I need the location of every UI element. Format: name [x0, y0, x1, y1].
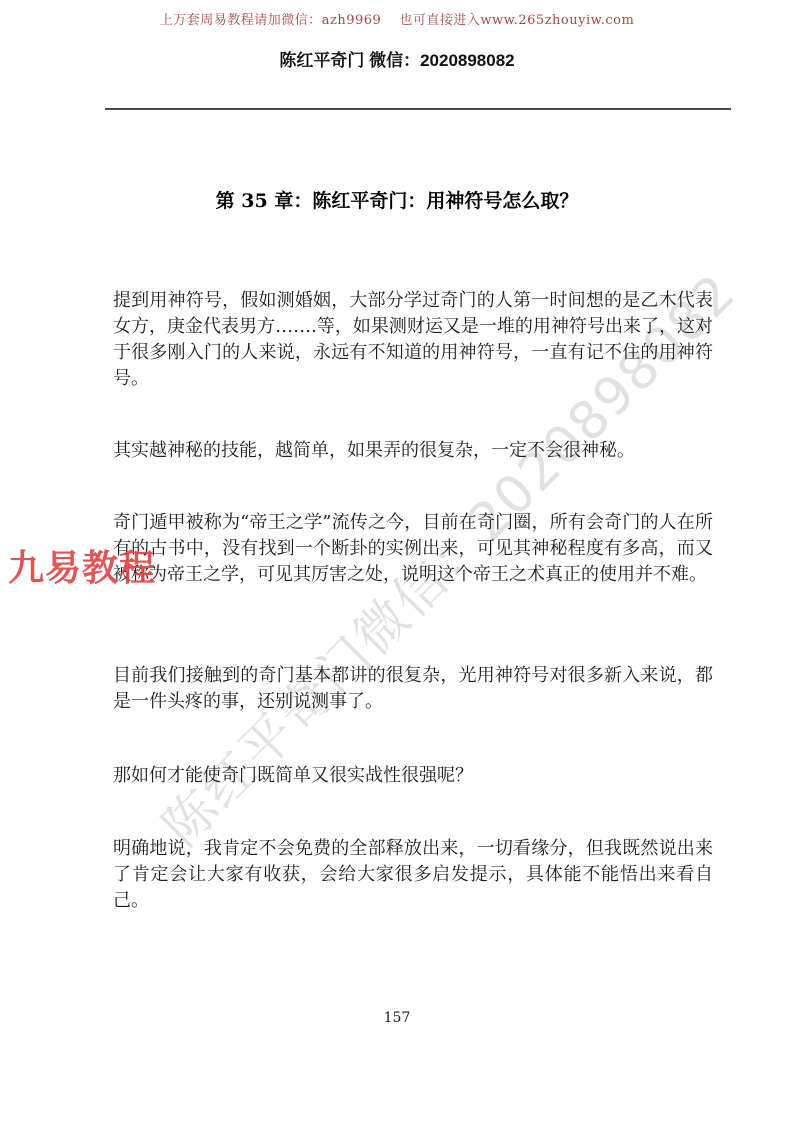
paragraph: 奇门遁甲被称为“帝王之学”流传之今，目前在奇门圈，所有会奇门的人在所有的古书中，…: [113, 510, 713, 588]
document-page: 陈红平奇门微信：2020898082 上万套周易教程请加微信：azh9969 也…: [0, 0, 794, 1123]
header-divider: [105, 108, 731, 110]
paragraph: 明确地说，我肯定不会免费的全部释放出来，一切看缘分，但我既然说出来了肯定会让大家…: [113, 836, 713, 914]
paragraph: 目前我们接触到的奇门基本都讲的很复杂，光用神符号对很多新入来说，都是一件头疼的事…: [113, 663, 713, 715]
header-notice: 上万套周易教程请加微信：azh9969 也可直接进入www.265zhouyiw…: [0, 9, 794, 28]
paragraph: 那如何才能使奇门既简单又很实战性很强呢？: [113, 763, 713, 789]
header-contact: 陈红平奇门 微信：2020898082: [0, 46, 794, 71]
paragraph: 其实越神秘的技能，越简单，如果弄的很复杂，一定不会很神秘。: [113, 438, 713, 464]
paragraph: 提到用神符号，假如测婚姻，大部分学过奇门的人第一时间想的是乙木代表女方，庚金代表…: [113, 288, 713, 392]
page-number: 157: [0, 1010, 794, 1026]
chapter-title: 第 35 章：陈红平奇门：用神符号怎么取？: [0, 186, 794, 213]
